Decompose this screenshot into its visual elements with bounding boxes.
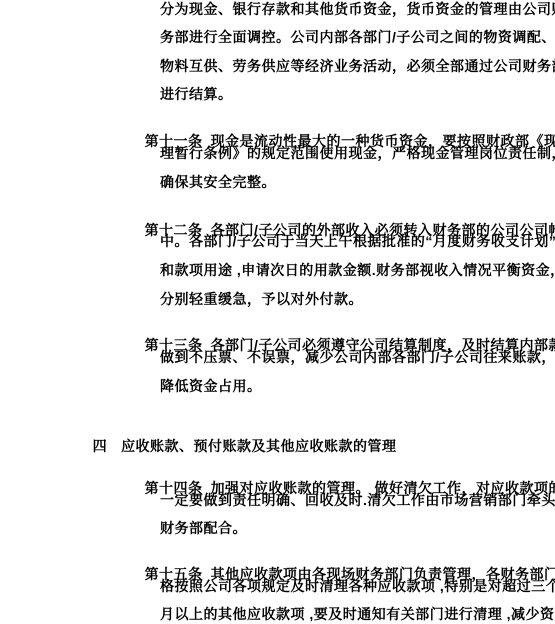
section-title: 应收账款、预付账款及其他应收账款的管理 bbox=[121, 438, 397, 454]
doc-line: 第十一条现金是流动性最大的一种货币资金，要按照财政部《现金管 bbox=[127, 116, 555, 133]
doc-line: 分为现金、银行存款和其他货币资金，货币资金的管理由公司财 bbox=[160, 1, 555, 18]
doc-line: 做到不压票、不误票，减少公司内部各部门/子公司往来账款， bbox=[160, 349, 555, 366]
doc-line: 第十二条各部门/子公司的外部收入必须转入财务部的公司公司帐户 bbox=[127, 205, 555, 222]
doc-line: 确保其安全完整。 bbox=[160, 174, 276, 191]
doc-line: 一定要做到责任明确、回收及时.清欠工作由市场营销部门牵头， bbox=[160, 492, 555, 509]
doc-line: 中。各部门/子公司于当天上午根据批准的“月度财务收支计划” bbox=[160, 233, 555, 250]
doc-line: 第十五条其他应收款项由各现场财务部门负责管理，各财务部门要严 bbox=[127, 549, 555, 566]
doc-line: 第十三条各部门/子公司必须遵守公司结算制度，及时结算内部款项， bbox=[127, 320, 555, 337]
document-page: 分为现金、银行存款和其他货币资金，货币资金的管理由公司财 务部进行全面调控。公司… bbox=[0, 0, 555, 624]
doc-line: 分别轻重缓急，予以对外付款。 bbox=[160, 291, 363, 308]
doc-line: 物料互供、劳务供应等经济业务活动，必须全部通过公司财务部 bbox=[160, 58, 555, 75]
section-heading: 四应收账款、预付账款及其他应收账款的管理 bbox=[75, 421, 397, 438]
doc-line: 第十四条加强对应收账款的管理。 做好清欠工作，对应收款项的清理 bbox=[127, 463, 555, 480]
doc-line: 务部进行全面调控。公司内部各部门/子公司之间的物资调配、 bbox=[160, 29, 555, 46]
doc-line: 月以上的其他应收款项 ,要及时通知有关部门进行清理 ,减少资 bbox=[160, 606, 555, 623]
section-number: 四 bbox=[93, 438, 108, 454]
doc-line: 降低资金占用。 bbox=[160, 378, 262, 395]
doc-line: 格按照公司各项规定及时清理各种应收款项 ,特别是对超过三个 bbox=[160, 578, 555, 595]
doc-line: 进行结算。 bbox=[160, 86, 233, 103]
doc-line: 理暂行条例》的规定范围使用现金，严格现金管理岗位责任制， bbox=[160, 145, 555, 162]
doc-line: 和款项用途 ,申请次日的用款金额.财务部视收入情况平衡资金， bbox=[160, 262, 555, 279]
doc-line: 财务部配合。 bbox=[160, 520, 247, 537]
